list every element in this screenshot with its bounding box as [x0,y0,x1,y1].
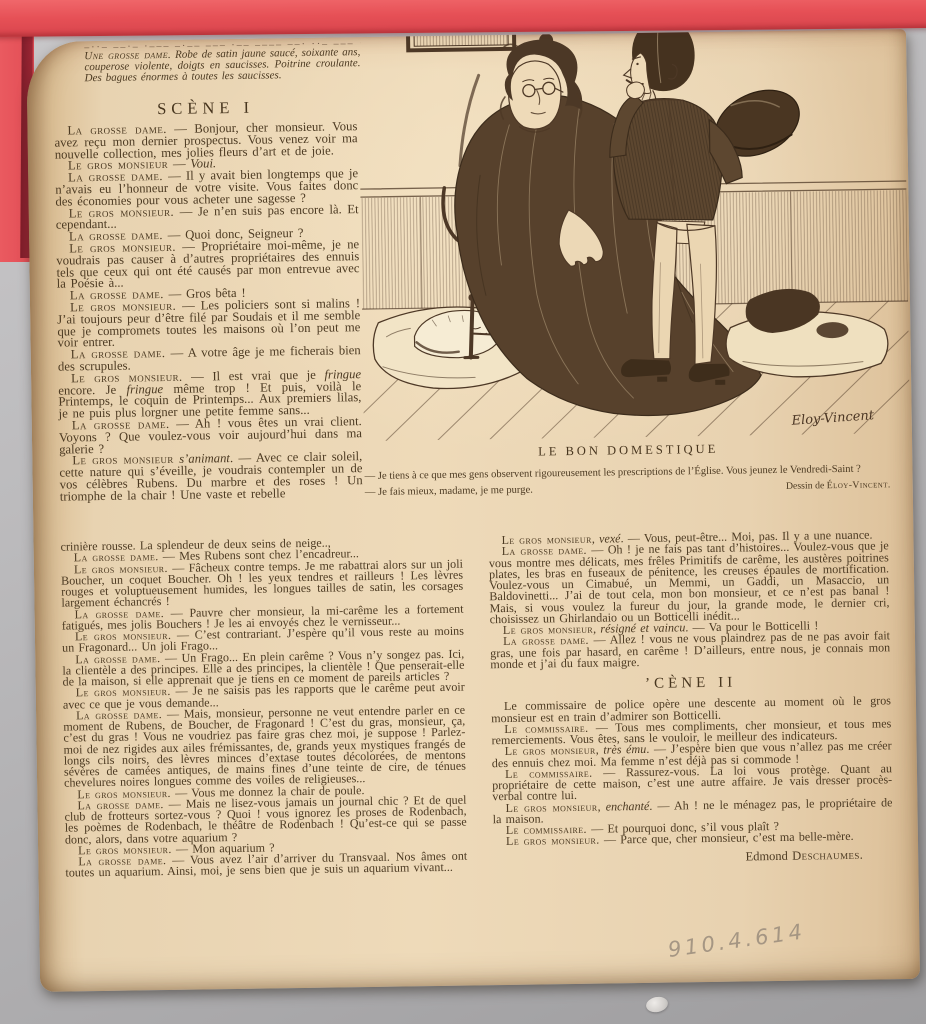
dialogue-paragraph: Le gros monsieur. — Il est vrai que je f… [58,369,362,421]
dialogue-paragraph: La grosse dame. — Allez ! vous ne vous p… [490,631,890,671]
illustration-title: LE BON DOMESTIQUE [352,439,904,462]
shelfmark-handwriting: 910.4.614 [667,919,807,962]
magazine-page: –··– ––·– ·––– –·–– ––– ·–– –––– ––· ··–… [26,29,920,992]
white-sticker-dot [645,995,670,1014]
lower-left-column: crinière rousse. La splendeur de deux se… [61,536,468,879]
scene2-text: Le commissaire de police opère une desce… [491,696,893,848]
stage-direction-header: –··– ––·– ·––– –·–– ––– ·–– –––– ––· ··–… [84,39,361,84]
scan-background: –··– ––·– ·––– –·–– ––– ·–– –––– ––· ··–… [0,0,926,1024]
author-signature: Edmond Deschaumes. [493,849,893,866]
dialogue-paragraph: La grosse dame. — Oh ! je ne fais pas ta… [489,541,890,626]
illustration-figure: Eloy-Vincent LE BON DOMESTIQUE — Je tien… [358,29,911,499]
dialogue-paragraph: Le gros monsieur. — Parce que, cher mons… [493,831,893,848]
scene1-left-column: La grosse dame. — Bonjour, cher monsieur… [54,121,363,503]
dialogue-paragraph: Le gros monsieur s’animant. — Avec ce cl… [59,451,363,503]
right-column-scene1-end: Le gros monsieur, vexé. — Vous, peut-êtr… [488,529,890,670]
illustration-caption: LE BON DOMESTIQUE — Je tiens à ce que me… [352,439,905,499]
illustration-drawing: Eloy-Vincent [358,29,910,441]
dialogue-paragraph: Le gros monsieur. — Les policiers sont s… [57,298,361,350]
stage-direction-text: Une grosse dame. Robe de satin jaune sau… [84,47,360,84]
dialogue-paragraph: La grosse dame. — Vous avez l’air d’arri… [65,851,467,879]
dialogue-paragraph: Le gros monsieur. — Propriétaire moi-mêm… [56,239,360,291]
dialogue-paragraph: La grosse dame. — Mais ne lisez-vous jam… [64,794,467,845]
dialogue-paragraph: La grosse dame. — Bonjour, cher monsieur… [54,121,357,161]
scene-2-heading: ’CÈNE II [491,675,891,692]
artist-credit: Dessin de Éloy-Vincent. [786,478,891,493]
dialogue-paragraph: La grosse dame. — Mais, monsieur, person… [63,704,466,789]
scene-1-heading: SCÈNE I [54,96,357,120]
lower-two-column-section: crinière rousse. La splendeur de deux se… [61,529,894,879]
caption-line-2-text: — Je fais mieux, madame, je me purge. [365,484,533,497]
right-column: Le gros monsieur, vexé. — Vous, peut-êtr… [488,529,893,872]
